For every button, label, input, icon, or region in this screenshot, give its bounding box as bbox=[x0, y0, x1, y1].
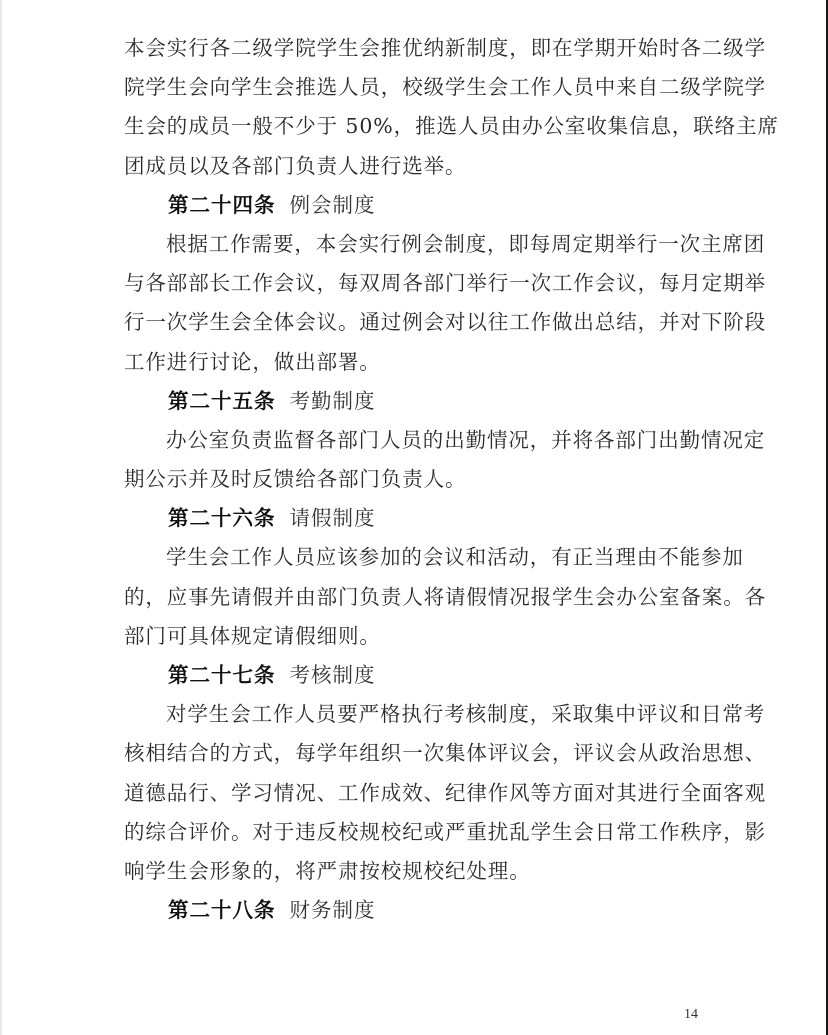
article-title: 财务制度 bbox=[290, 898, 376, 922]
document-page: 本会实行各二级学院学生会推优纳新制度，即在学期开始时各二级学 院学生会向学生会推… bbox=[0, 0, 828, 1035]
article-title: 考勤制度 bbox=[290, 389, 376, 413]
paragraph-line: 院学生会向学生会推选人员，校级学生会工作人员中来自二级学院学 bbox=[124, 68, 706, 107]
page-left-edge bbox=[0, 0, 2, 1035]
article-title: 例会制度 bbox=[290, 193, 376, 217]
article-28: 第二十八条财务制度 bbox=[124, 891, 706, 930]
article-24: 第二十四条例会制度 根据工作需要，本会实行例会制度，即每周定期举行一次主席团 与… bbox=[124, 186, 706, 382]
article-title: 考核制度 bbox=[290, 663, 376, 687]
paragraph-line: 工作进行讨论，做出部署。 bbox=[124, 343, 706, 382]
article-27: 第二十七条考核制度 对学生会工作人员要严格执行考核制度，采取集中评议和日常考 核… bbox=[124, 656, 706, 891]
article-heading: 第二十八条财务制度 bbox=[124, 891, 706, 930]
paragraph-line: 行一次学生会全体会议。通过例会对以往工作做出总结，并对下阶段 bbox=[124, 303, 706, 342]
article-heading: 第二十七条考核制度 bbox=[124, 656, 706, 695]
article-25: 第二十五条考勤制度 办公室负责监督各部门人员的出勤情况，并将各部门出勤情况定 期… bbox=[124, 382, 706, 500]
article-number: 第二十五条 bbox=[168, 389, 276, 413]
document-body: 本会实行各二级学院学生会推优纳新制度，即在学期开始时各二级学 院学生会向学生会推… bbox=[124, 29, 706, 930]
paragraph-line: 办公室负责监督各部门人员的出勤情况，并将各部门出勤情况定 bbox=[124, 421, 706, 460]
paragraph-line: 根据工作需要，本会实行例会制度，即每周定期举行一次主席团 bbox=[124, 225, 706, 264]
article-title: 请假制度 bbox=[290, 506, 376, 530]
intro-paragraph: 本会实行各二级学院学生会推优纳新制度，即在学期开始时各二级学 院学生会向学生会推… bbox=[124, 29, 706, 186]
paragraph-line: 的，应事先请假并由部门负责人将请假情况报学生会办公室备案。各 bbox=[124, 578, 706, 617]
paragraph-line: 响学生会形象的，将严肃按校规校纪处理。 bbox=[124, 852, 706, 891]
article-number: 第二十四条 bbox=[168, 193, 276, 217]
article-heading: 第二十五条考勤制度 bbox=[124, 382, 706, 421]
paragraph-line: 生会的成员一般不少于 50%，推选人员由办公室收集信息，联络主席 bbox=[124, 107, 706, 146]
article-number: 第二十八条 bbox=[168, 898, 276, 922]
page-number: 14 bbox=[684, 1007, 698, 1023]
paragraph-line: 学生会工作人员应该参加的会议和活动，有正当理由不能参加 bbox=[124, 538, 706, 577]
article-number: 第二十六条 bbox=[168, 506, 276, 530]
article-heading: 第二十六条请假制度 bbox=[124, 499, 706, 538]
paragraph-line: 期公示并及时反馈给各部门负责人。 bbox=[124, 460, 706, 499]
paragraph-line: 对学生会工作人员要严格执行考核制度，采取集中评议和日常考 bbox=[124, 695, 706, 734]
paragraph-line: 与各部部长工作会议，每双周各部门举行一次工作会议，每月定期举 bbox=[124, 264, 706, 303]
article-heading: 第二十四条例会制度 bbox=[124, 186, 706, 225]
paragraph-line: 道德品行、学习情况、工作成效、纪律作风等方面对其进行全面客观 bbox=[124, 774, 706, 813]
paragraph-line: 部门可具体规定请假细则。 bbox=[124, 617, 706, 656]
paragraph-line: 核相结合的方式，每学年组织一次集体评议会，评议会从政治思想、 bbox=[124, 734, 706, 773]
paragraph-line: 的综合评价。对于违反校规校纪或严重扰乱学生会日常工作秩序，影 bbox=[124, 813, 706, 852]
paragraph-line: 团成员以及各部门负责人进行选举。 bbox=[124, 147, 706, 186]
article-number: 第二十七条 bbox=[168, 663, 276, 687]
article-26: 第二十六条请假制度 学生会工作人员应该参加的会议和活动，有正当理由不能参加 的，… bbox=[124, 499, 706, 656]
paragraph-line: 本会实行各二级学院学生会推优纳新制度，即在学期开始时各二级学 bbox=[124, 29, 706, 68]
